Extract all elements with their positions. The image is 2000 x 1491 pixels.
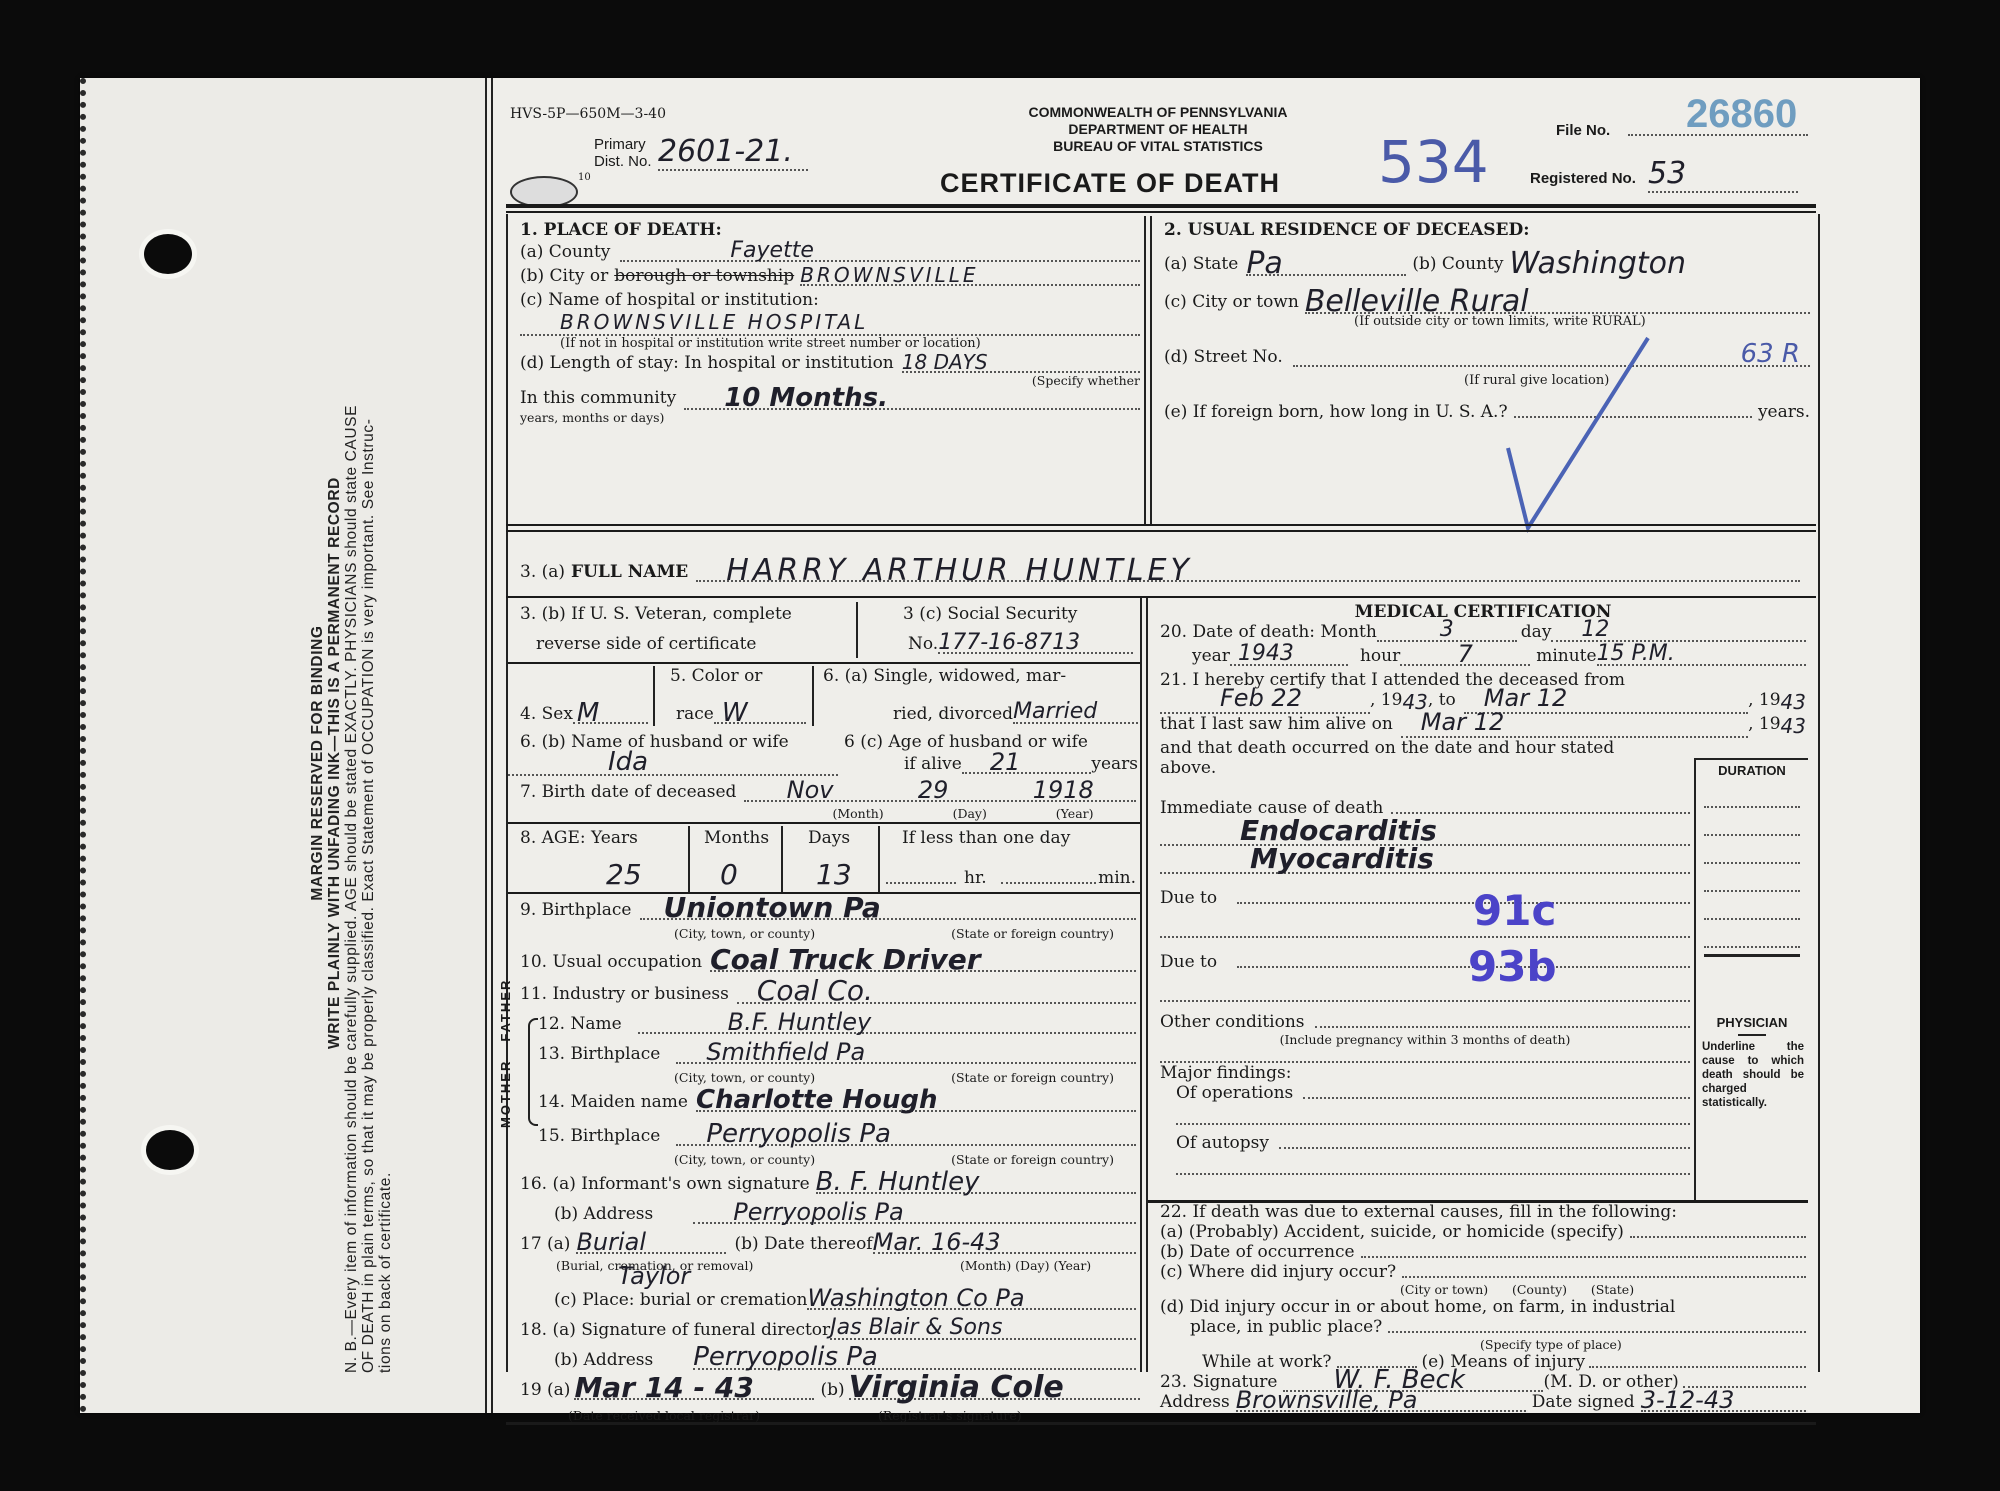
- attended-to-value: Mar 12: [1464, 690, 1748, 714]
- external-b-row: (b) Date of occurrence: [1160, 1242, 1806, 1262]
- foreign-born-row: (e) If foreign born, how long in U. S. A…: [1164, 402, 1810, 422]
- age-months-label: Months: [704, 828, 769, 848]
- spouse-age-value: 21: [962, 754, 1092, 774]
- death-occurred-label: and that death occurred on the date and …: [1160, 738, 1806, 758]
- hospital-note: (If not in hospital or institution write…: [520, 336, 1140, 351]
- residence-city-label: (c) City or town: [1164, 292, 1299, 314]
- father-birthplace-label: 13. Birthplace: [538, 1044, 660, 1064]
- org-commonwealth: COMMONWEALTH OF PENNSYLVANIA: [958, 104, 1358, 121]
- hospital-value: Brownsville Hospital: [520, 310, 1140, 336]
- mother-maiden-row: 14. Maiden name Charlotte Hough: [538, 1092, 1136, 1112]
- funeral-director-address-value: Perryopolis Pa: [693, 1350, 1136, 1370]
- rule-sec2-bottom: [506, 524, 1816, 526]
- autopsy-row: Of autopsy: [1160, 1133, 1690, 1153]
- occupation-value: Coal Truck Driver: [710, 952, 1136, 972]
- full-name-value: Harry Arthur Huntley: [696, 562, 1800, 582]
- death-county-row: (a) County Fayette: [520, 242, 1140, 262]
- hospital-label: (c) Name of hospital or institution:: [520, 290, 1140, 310]
- age-days-label: Days: [808, 828, 850, 848]
- mother-state-note: (State or foreign country): [951, 1152, 1114, 1167]
- funeral-director-address-label: (b) Address: [554, 1350, 653, 1370]
- duration-line-6: [1704, 946, 1800, 948]
- birthplace-label: 9. Birthplace: [520, 900, 632, 920]
- year-note: (Year): [1056, 806, 1094, 821]
- minutes-value: [1001, 868, 1096, 884]
- mother-maiden-value: Charlotte Hough: [696, 1092, 1136, 1112]
- other-conditions-label: Other conditions: [1160, 1012, 1305, 1032]
- spouse-years-label: years: [1091, 754, 1138, 774]
- physician-dash: [1738, 1034, 1766, 1036]
- external-causes-section: 22. If death was due to external causes,…: [1160, 1202, 1806, 1412]
- informant-address-value: Perryopolis Pa: [693, 1204, 1136, 1224]
- duration-line-2: [1704, 834, 1800, 836]
- death-hour-label: hour: [1360, 646, 1400, 666]
- registrar-date-note: (Date received local registrar): [568, 1408, 760, 1423]
- age-months-value: 0: [720, 858, 738, 891]
- physician-address-label: Address: [1160, 1392, 1230, 1412]
- registrar-date-received-value: Mar 14 - 43: [574, 1380, 814, 1400]
- place-of-death-title: 1. PLACE OF DEATH:: [520, 220, 1140, 240]
- last-saw-label: that I last saw him alive on: [1160, 714, 1393, 738]
- if-alive-label: if alive: [904, 754, 962, 774]
- immediate-cause-line: [1391, 798, 1690, 814]
- disposition-date-value: Mar. 16-43: [873, 1234, 1136, 1254]
- struck-borough-label: borough or township: [614, 266, 794, 286]
- mother-birthplace-notes: (City, town, or county) (State or foreig…: [674, 1152, 1114, 1167]
- operations-label: Of operations: [1176, 1083, 1293, 1103]
- mother-birthplace-label: 15. Birthplace: [538, 1126, 660, 1146]
- primary-label: Primary: [594, 136, 646, 153]
- usual-residence-section: 2. USUAL RESIDENCE OF DECEASED: (a) Stat…: [1164, 220, 1810, 422]
- burial-place-value: Washington Co Pa: [807, 1290, 1136, 1310]
- mother-birthplace-value: Perryopolis Pa: [676, 1126, 1136, 1146]
- death-month-value: 3: [1377, 622, 1517, 642]
- full-name-number: 3. (a): [520, 562, 565, 582]
- color-marital-divider: [812, 666, 814, 726]
- external-causes-title: 22. If death was due to external causes,…: [1160, 1202, 1806, 1222]
- binding-spine-rule: [485, 78, 493, 1413]
- marital-row: ried, divorced Married: [893, 704, 1138, 724]
- date-signed-value: 3-12-43: [1641, 1392, 1806, 1412]
- last-saw-year-value: 43: [1781, 714, 1806, 738]
- external-c-row: (c) Where did injury occur?: [1160, 1262, 1806, 1282]
- cause-of-death-section: Immediate cause of death Endocarditis My…: [1160, 798, 1690, 1175]
- other-conditions-note: (Include pregnancy within 3 months of de…: [1160, 1032, 1690, 1047]
- death-city-label: (b) City or: [520, 266, 608, 286]
- veteran-label: 3. (b) If U. S. Veteran, complete: [520, 604, 792, 624]
- veteran-label-2: reverse side of certificate: [536, 634, 756, 654]
- external-a-label: (a) (Probably) Accident, suicide, or hom…: [1160, 1222, 1624, 1242]
- month-note: (Month): [832, 806, 883, 821]
- operations-row: Of operations: [1160, 1083, 1690, 1103]
- full-name-row: 3. (a) FULL NAME Harry Arthur Huntley: [520, 562, 1800, 582]
- work-means-row: While at work? (e) Means of injury: [1160, 1352, 1806, 1372]
- rule-ss-bottom: [508, 662, 1140, 664]
- issuing-authority: COMMONWEALTH OF PENNSYLVANIA DEPARTMENT …: [958, 104, 1358, 155]
- classification-code-2: 93b: [1468, 942, 1557, 991]
- disposition-method-label: 17 (a): [520, 1234, 570, 1254]
- external-d-value: [1388, 1317, 1806, 1333]
- residence-state-county-row: (a) State Pa (b) County Washington: [1164, 254, 1810, 276]
- margin-line-4: OF DEATH in plain terms, so that it may …: [360, 153, 377, 1373]
- race-value: W: [714, 704, 806, 724]
- autopsy-line-2: [1176, 1153, 1690, 1175]
- sex-row: 4. Sex M: [520, 704, 648, 724]
- due-to-line-2b: [1160, 972, 1690, 1002]
- dist-label: Dist. No.: [594, 153, 652, 170]
- last-saw-year-prefix: , 19: [1748, 714, 1780, 738]
- external-a-value: [1630, 1222, 1806, 1238]
- death-city-row: (b) City or borough or township Brownsvi…: [520, 266, 1140, 286]
- stay-hospital-row: (d) Length of stay: In hospital or insti…: [520, 353, 1140, 373]
- color-label: 5. Color or: [670, 666, 762, 686]
- occupation-row: 10. Usual occupation Coal Truck Driver: [520, 952, 1136, 972]
- sex-label: 4. Sex: [520, 704, 573, 724]
- death-minute-label: minute: [1536, 646, 1596, 666]
- union-mark-number: 10: [578, 172, 591, 183]
- external-a-row: (a) (Probably) Accident, suicide, or hom…: [1160, 1222, 1806, 1242]
- father-name-value: B.F. Huntley: [638, 1014, 1136, 1034]
- medical-certification-section: MEDICAL CERTIFICATION 20. Date of death:…: [1160, 602, 1806, 778]
- father-city-note: (City, town, or county): [674, 1070, 815, 1085]
- birth-date-notes: (Month) (Day) (Year): [798, 806, 1128, 821]
- attended-from-value: Feb 22: [1160, 690, 1370, 714]
- other-conditions-row: Other conditions: [1160, 1012, 1690, 1032]
- other-conditions-line: [1315, 1012, 1690, 1028]
- registrar-signature-value: Virginia Cole: [849, 1380, 1140, 1400]
- physician-box-title: PHYSICIAN: [1696, 1015, 1808, 1030]
- disposition-date-note: (Month) (Day) (Year): [960, 1258, 1091, 1273]
- external-c-value: [1402, 1262, 1806, 1278]
- registrar-signature-note: (Registrar's signature): [878, 1408, 1022, 1423]
- less-than-day-label: If less than one day: [902, 828, 1070, 848]
- external-b-value: [1361, 1242, 1806, 1258]
- less-than-day-row: hr. min.: [886, 868, 1136, 888]
- residence-city-note: (If outside city or town limits, write R…: [1164, 314, 1810, 329]
- informant-signature-value: B. F. Huntley: [816, 1174, 1136, 1194]
- residence-street-row: (d) Street No. 63 R: [1164, 347, 1810, 367]
- header-rule: [506, 204, 1816, 208]
- father-birthplace-value: Smithfield Pa: [676, 1044, 1136, 1064]
- external-c-label: (c) Where did injury occur?: [1160, 1262, 1396, 1282]
- death-year-value: 1943: [1230, 646, 1348, 666]
- secondary-cause-value: Myocarditis: [1160, 846, 1690, 874]
- stay-community-value: 10 Months.: [684, 388, 1140, 410]
- marital-value: Married: [1013, 704, 1138, 724]
- informant-signature-row: 16. (a) Informant's own signature B. F. …: [520, 1174, 1136, 1194]
- birth-date-label: 7. Birth date of deceased: [520, 782, 736, 802]
- other-conditions-line-2: [1160, 1047, 1690, 1063]
- parents-brace: [528, 1018, 538, 1126]
- father-birthplace-notes: (City, town, or county) (State or foreig…: [674, 1070, 1114, 1085]
- occupation-label: 10. Usual occupation: [520, 952, 702, 972]
- father-state-note: (State or foreign country): [951, 1070, 1114, 1085]
- mother-tag: MOTHER: [498, 1060, 513, 1128]
- social-security-number: 177-16-8713: [938, 634, 1133, 654]
- due-to-line-2: [1237, 952, 1690, 968]
- birthplace-state-note: (State or foreign country): [951, 926, 1114, 941]
- marital-label-2: ried, divorced: [893, 704, 1013, 724]
- spouse-age-row: if alive 21 years: [904, 754, 1138, 774]
- death-county-label: (a) County: [520, 242, 610, 262]
- to-year-prefix: , 19: [1748, 690, 1780, 714]
- race-label: race: [676, 704, 714, 724]
- place-of-death-section: 1. PLACE OF DEATH: (a) County Fayette (b…: [520, 220, 1140, 425]
- autopsy-label: Of autopsy: [1176, 1133, 1269, 1153]
- age-divider-2: [781, 826, 783, 892]
- full-name-label: FULL NAME: [571, 562, 688, 582]
- birthplace-value: Uniontown Pa: [640, 900, 1137, 920]
- registered-no-label: Registered No.: [1530, 170, 1636, 187]
- duration-header: DURATION: [1696, 763, 1808, 778]
- disposition-row: 17 (a) Burial (b) Date thereof Mar. 16-4…: [520, 1234, 1136, 1254]
- margin-line-3: N. B.—Every item of information should b…: [343, 153, 360, 1373]
- death-year-label: year: [1192, 646, 1230, 666]
- residence-city-value: Belleville Rural: [1305, 292, 1810, 314]
- industry-label: 11. Industry or business: [520, 984, 729, 1004]
- death-minute-value: 15 P.M.: [1597, 646, 1806, 666]
- day-note: (Day): [953, 806, 987, 821]
- father-birthplace-row: 13. Birthplace Smithfield Pa: [538, 1044, 1136, 1064]
- file-no-label: File No.: [1556, 122, 1610, 139]
- registrar-row: 19 (a) Mar 14 - 43 (b) Virginia Cole: [520, 1380, 1140, 1400]
- birthplace-notes: (City, town, or county) (State or foreig…: [674, 926, 1114, 941]
- registrar-date-label: 19 (a): [520, 1380, 570, 1400]
- veteran-ss-divider: [856, 602, 858, 658]
- date-signed-label: Date signed: [1532, 1392, 1635, 1412]
- stay-hospital-value: 18 Days: [902, 353, 1140, 373]
- residence-state-value: Pa: [1246, 254, 1406, 276]
- mother-birthplace-row: 15. Birthplace Perryopolis Pa: [538, 1126, 1136, 1146]
- marital-status-label: 6. (a) Single, widowed, mar-: [823, 666, 1066, 686]
- social-security-label: 3 (c) Social Security: [903, 604, 1077, 624]
- residence-county-label: (b) County: [1412, 254, 1503, 276]
- mother-maiden-label: 14. Maiden name: [538, 1092, 688, 1112]
- foreign-years-suffix: years.: [1758, 402, 1810, 422]
- physician-address-row: Address Brownsville, Pa Date signed 3-12…: [1160, 1392, 1806, 1412]
- physician-box-note: Underline the cause to which death shoul…: [1696, 1040, 1808, 1110]
- spouse-age-label: 6 (c) Age of husband or wife: [844, 732, 1088, 752]
- duration-line-4: [1704, 890, 1800, 892]
- due-to-label-2: Due to: [1160, 952, 1217, 972]
- operations-line: [1303, 1083, 1690, 1099]
- medical-certification-title: MEDICAL CERTIFICATION: [1160, 602, 1806, 622]
- death-certificate: MARGIN RESERVED FOR BINDING WRITE PLAINL…: [80, 78, 1920, 1413]
- spouse-name-label: 6. (b) Name of husband or wife: [520, 732, 789, 752]
- industry-value: Coal Co.: [737, 984, 1136, 1004]
- duration-line-1: [1704, 806, 1800, 808]
- external-d-note: (Specify type of place): [1160, 1337, 1806, 1352]
- org-department: DEPARTMENT OF HEALTH: [958, 121, 1358, 138]
- external-c-note: (City or town) (County) (State): [1160, 1282, 1806, 1297]
- physician-address-value: Brownsville, Pa: [1236, 1392, 1526, 1412]
- parents-vertical-label: MOTHER FATHER: [498, 979, 513, 1128]
- residence-county-value: Washington: [1509, 254, 1810, 276]
- while-at-work-label: While at work?: [1202, 1352, 1331, 1372]
- disposition-date-label: (b) Date thereof: [734, 1234, 872, 1254]
- father-tag: FATHER: [498, 979, 513, 1042]
- dist-number: 2601-21.: [658, 134, 808, 171]
- burial-place-township: Taylor: [618, 1262, 690, 1290]
- disposition-method-value: Burial: [576, 1234, 726, 1254]
- form-bottom-rule: [506, 1422, 1816, 1425]
- section-divider-1-2b: [1150, 216, 1152, 526]
- death-county-value: Fayette: [620, 242, 1140, 262]
- due-to-row-1: Due to: [1160, 888, 1690, 908]
- section-divider-1-2: [1144, 216, 1146, 526]
- last-saw-row: that I last saw him alive on Mar 12 , 19…: [1160, 714, 1806, 738]
- informant-address-row: (b) Address Perryopolis Pa: [554, 1204, 1136, 1224]
- ss-no-label: No.: [908, 634, 938, 654]
- due-to-line-1b: [1160, 908, 1690, 938]
- file-number-stamp: 26860: [1686, 92, 1797, 137]
- informant-signature-label: 16. (a) Informant's own signature: [520, 1174, 810, 1194]
- margin-line-1: MARGIN RESERVED FOR BINDING: [309, 153, 326, 1373]
- stay-community-label: In this community: [520, 388, 676, 410]
- registrar-signature-label: (b): [820, 1380, 844, 1400]
- sex-color-divider: [653, 666, 655, 726]
- informant-address-label: (b) Address: [554, 1204, 653, 1224]
- operations-line-2: [1176, 1103, 1690, 1125]
- due-to-label-1: Due to: [1160, 888, 1217, 908]
- duration-line-3: [1704, 862, 1800, 864]
- age-years-value: 25: [606, 858, 642, 891]
- age-divider-3: [878, 826, 880, 892]
- margin-line-2: WRITE PLAINLY WITH UNFADING INK—THIS IS …: [326, 153, 343, 1373]
- death-time-row: year 1943 hour 7 minute 15 P.M.: [1160, 646, 1806, 666]
- funeral-director-label: 18. (a) Signature of funeral director: [520, 1320, 830, 1340]
- punch-hole-top: [144, 234, 192, 274]
- classification-code-1: 91c: [1473, 886, 1556, 935]
- rule-name-bottom: [506, 596, 1816, 598]
- stay-hospital-label: (d) Length of stay: In hospital or insti…: [520, 353, 894, 373]
- birth-date-values: Nov 29 1918: [744, 782, 1136, 802]
- birth-date-row: 7. Birth date of deceased Nov 29 1918: [520, 782, 1136, 802]
- funeral-director-row: 18. (a) Signature of funeral director Ja…: [520, 1320, 1136, 1340]
- death-date-row: 20. Date of death: Month 3 day 12: [1160, 622, 1806, 642]
- from-year-prefix: , 19: [1370, 690, 1402, 714]
- birth-year-value: 1918: [1033, 782, 1094, 800]
- mother-city-note: (City, town, or county): [674, 1152, 815, 1167]
- funeral-director-value: Jas Blair & Sons: [830, 1320, 1136, 1340]
- spouse-name-value: Ida: [508, 750, 838, 776]
- duration-line-5: [1704, 918, 1800, 920]
- age-days-value: 13: [816, 858, 852, 891]
- death-month-label: 20. Date of death: Month: [1160, 622, 1377, 642]
- autopsy-line: [1279, 1133, 1690, 1149]
- death-day-label: day: [1521, 622, 1552, 642]
- major-findings-label: Major findings:: [1160, 1063, 1690, 1083]
- to-year-value: 43: [1781, 690, 1806, 714]
- external-d-label-2: place, in public place?: [1190, 1317, 1382, 1337]
- form-code: HVS-5P—650M—3-40: [510, 106, 666, 122]
- stay-community-row: In this community 10 Months.: [520, 388, 1140, 410]
- burial-place-label: (c) Place: burial or cremation: [554, 1290, 807, 1310]
- min-label: min.: [1098, 868, 1136, 888]
- birthplace-city-note: (City, town, or county): [674, 926, 815, 941]
- funeral-director-address-row: (b) Address Perryopolis Pa: [554, 1350, 1136, 1370]
- birth-day-value: 29: [918, 782, 949, 800]
- burial-place-row: (c) Place: burial or cremation Washingto…: [554, 1290, 1136, 1310]
- column-divider: [1140, 598, 1142, 1372]
- residence-street-label: (d) Street No.: [1164, 347, 1283, 367]
- handwritten-batch-number: 534: [1378, 128, 1489, 196]
- duration-end-rule: [1704, 954, 1800, 957]
- rule-sec2-bottom-b: [506, 530, 1816, 532]
- birthplace-row: 9. Birthplace Uniontown Pa: [520, 900, 1136, 920]
- means-of-injury-value: [1589, 1352, 1806, 1368]
- residence-street-note: (If rural give location): [1164, 373, 1810, 388]
- race-row: race W: [676, 704, 806, 724]
- residence-state-label: (a) State: [1164, 254, 1238, 276]
- rule-birth-bottom: [508, 822, 1140, 824]
- duration-column: DURATION PHYSICIAN Underline the cause t…: [1694, 758, 1808, 1202]
- org-bureau: BUREAU OF VITAL STATISTICS: [958, 138, 1358, 155]
- hr-label: hr.: [964, 868, 987, 888]
- birth-month-value: Nov: [787, 782, 834, 800]
- hours-value: [886, 868, 956, 884]
- residence-title: 2. USUAL RESIDENCE OF DECEASED:: [1164, 220, 1810, 240]
- document-title: CERTIFICATE OF DEATH: [940, 168, 1280, 199]
- punch-hole-bottom: [146, 1130, 194, 1170]
- last-saw-value: Mar 12: [1401, 714, 1748, 738]
- father-name-label: 12. Name: [538, 1014, 622, 1034]
- industry-row: 11. Industry or business Coal Co.: [520, 984, 1136, 1004]
- external-d-label: (d) Did injury occur in or about home, o…: [1160, 1297, 1806, 1317]
- social-security-row: No. 177-16-8713: [908, 634, 1133, 654]
- checkmark-annotation-icon: [1498, 328, 1658, 548]
- sex-value: M: [573, 704, 648, 724]
- age-years-label: 8. AGE: Years: [520, 828, 638, 848]
- margin-instructions: MARGIN RESERVED FOR BINDING WRITE PLAINL…: [309, 153, 394, 1373]
- column-divider-b: [1146, 598, 1148, 1372]
- due-to-row-2: Due to: [1160, 952, 1690, 972]
- margin-line-5: tions on back of certificate.: [377, 153, 394, 1373]
- father-name-row: 12. Name B.F. Huntley: [538, 1014, 1136, 1034]
- residence-city-row: (c) City or town Belleville Rural: [1164, 292, 1810, 314]
- external-d-row: place, in public place?: [1160, 1317, 1806, 1337]
- due-to-line-1: [1237, 888, 1690, 904]
- header-rule-thin: [506, 211, 1816, 213]
- registered-number: 53: [1648, 156, 1798, 193]
- external-b-label: (b) Date of occurrence: [1160, 1242, 1355, 1262]
- death-city-value: Brownsville: [800, 266, 1140, 286]
- certificate-form: HVS-5P—650M—3-40 Primary Dist. No. 2601-…: [498, 78, 1910, 1413]
- age-divider-1: [688, 826, 690, 892]
- death-hour-value: 7: [1400, 646, 1530, 666]
- death-day-value: 12: [1551, 622, 1806, 642]
- foreign-born-label: (e) If foreign born, how long in U. S. A…: [1164, 402, 1508, 422]
- binding-margin: MARGIN RESERVED FOR BINDING WRITE PLAINL…: [80, 78, 485, 1413]
